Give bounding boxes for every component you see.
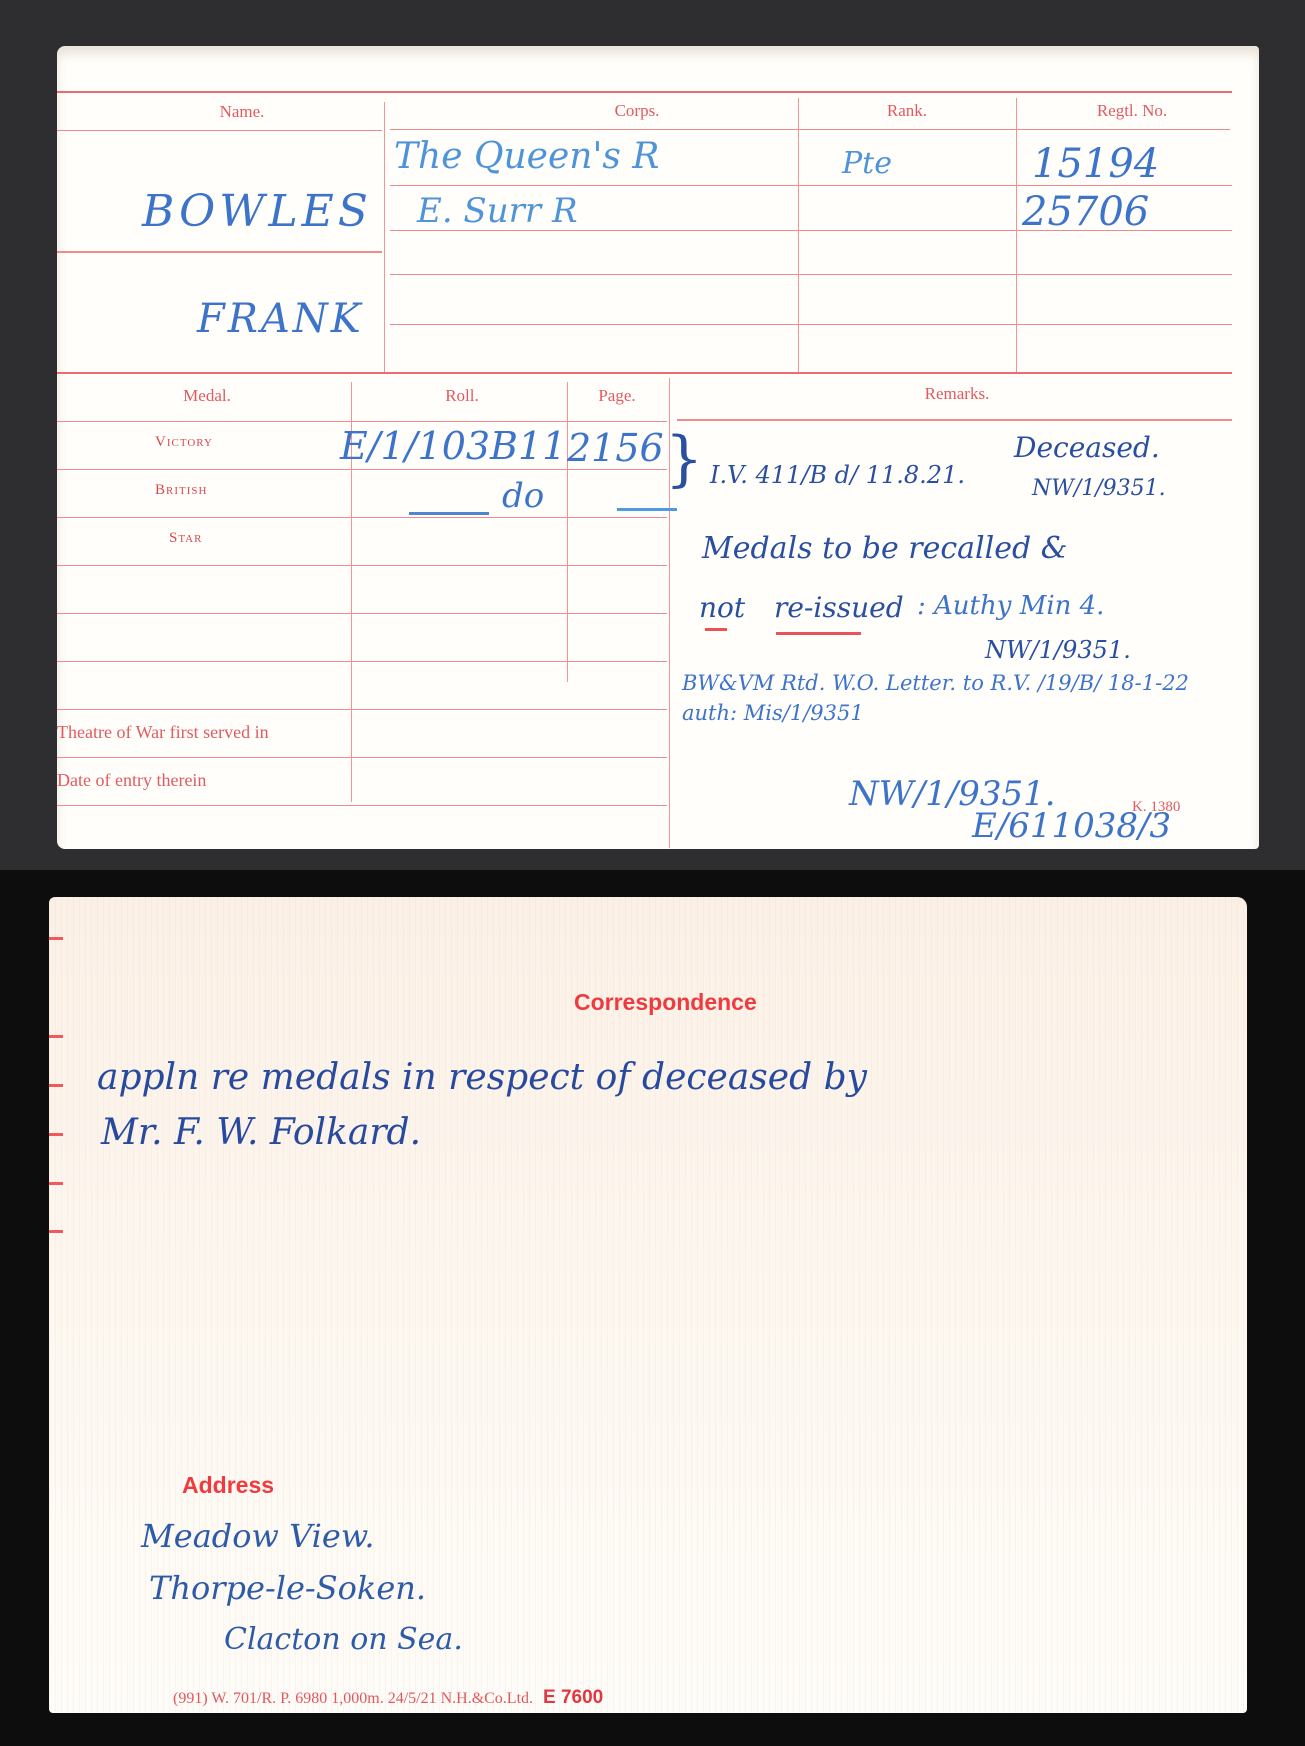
rule [57, 757, 667, 758]
address-line-1: Meadow View. [141, 1517, 375, 1555]
rule [57, 805, 667, 806]
remarks-line-3a: not [699, 591, 745, 624]
margin-tick [49, 937, 63, 940]
remarks-ref-1: NW/1/9351. [1032, 476, 1166, 501]
address-line-2: Thorpe-le-Soken. [149, 1569, 426, 1607]
corps-entry-1: The Queen's R [394, 136, 659, 177]
rule [57, 565, 667, 566]
file-ref: E/611038/3 [972, 806, 1171, 846]
rule [57, 372, 1232, 374]
medal-card-back: Correspondence appln re medals in respec… [49, 897, 1247, 1713]
divider [384, 102, 385, 372]
date-entry-label: Date of entry therein [57, 770, 206, 791]
col-page: Page. [577, 386, 657, 406]
regtl-no-1: 15194 [1032, 141, 1159, 187]
address-line-3: Clacton on Sea. [224, 1622, 463, 1657]
col-roll: Roll. [422, 386, 502, 406]
col-medal: Medal. [157, 386, 257, 406]
margin-tick [49, 1182, 63, 1185]
roll-british: do [502, 476, 544, 516]
remarks-line-3c: : Authy Min 4. [917, 591, 1104, 621]
rule [57, 130, 382, 131]
margin-tick [49, 1133, 63, 1136]
margin-tick [49, 1084, 63, 1087]
rank-entry: Pte [842, 146, 892, 181]
underline [705, 628, 727, 631]
remarks-line-1: I.V. 411/B d/ 11.8.21. [710, 461, 965, 489]
medal-star: Star [169, 530, 202, 547]
rule [57, 251, 382, 253]
address-label: Address [182, 1472, 274, 1499]
rule [390, 129, 1230, 130]
remarks-line-3b: re-issued [774, 591, 904, 624]
margin-tick [49, 1230, 63, 1233]
theatre-label: Theatre of War first served in [57, 722, 269, 743]
printer-imprint: (991) W. 701/R. P. 6980 1,000m. 24/5/21 … [173, 1687, 603, 1709]
medal-card-front: Name. Corps. Rank. Regtl. No. BOWLES FRA… [57, 46, 1259, 849]
regtl-no-label: Regtl. No. [1077, 101, 1187, 121]
rule [57, 517, 667, 518]
remarks-line-2: Medals to be recalled & [702, 531, 1067, 566]
rule [57, 613, 667, 614]
medal-victory: Victory [155, 434, 213, 451]
forename-entry: FRANK [197, 296, 364, 342]
correspondence-line-2: Mr. F. W. Folkard. [101, 1112, 421, 1153]
remarks-ref-2: NW/1/9351. [985, 636, 1131, 664]
divider [798, 98, 799, 372]
imprint-text: (991) W. 701/R. P. 6980 1,000m. 24/5/21 … [173, 1690, 533, 1707]
name-label: Name. [207, 102, 277, 122]
surname-entry: BOWLES [142, 186, 372, 237]
medal-british: British [155, 482, 207, 499]
brace-icon: } [665, 424, 703, 494]
rule [677, 419, 1232, 421]
rule [390, 274, 1232, 275]
underline [776, 632, 861, 635]
corps-label: Corps. [597, 101, 677, 121]
correspondence-label: Correspondence [574, 989, 757, 1016]
rule [57, 91, 1232, 93]
correspondence-line-1: appln re medals in respect of deceased b… [97, 1057, 867, 1098]
rule [57, 709, 667, 710]
remarks-line-4: BW&VM Rtd. W.O. Letter. to R.V. /19/B/ 1… [682, 671, 1189, 695]
rank-label: Rank. [867, 101, 947, 121]
imprint-code: E 7600 [543, 1687, 603, 1708]
col-remarks: Remarks. [897, 384, 1017, 404]
margin-tick [49, 1035, 63, 1038]
rule [57, 661, 667, 662]
rule [57, 421, 667, 422]
corps-entry-2: E. Surr R [417, 191, 578, 231]
page-victory: 2156 [567, 426, 664, 470]
remarks-deceased: Deceased. [1014, 431, 1160, 464]
regtl-no-2: 25706 [1022, 189, 1149, 235]
ditto-line [409, 512, 489, 515]
ditto-line [617, 508, 677, 511]
roll-victory: E/1/103B11 [340, 424, 566, 468]
rule [390, 324, 1232, 325]
divider [1016, 98, 1017, 372]
remarks-line-5: auth: Mis/1/9351 [682, 701, 864, 725]
